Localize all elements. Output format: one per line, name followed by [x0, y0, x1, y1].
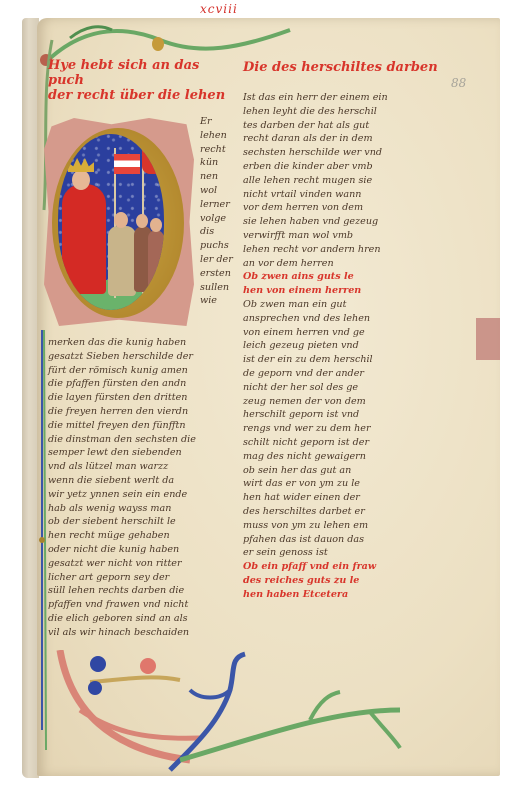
banner-flag-icon — [114, 154, 140, 174]
tab-marker — [476, 318, 500, 360]
bottom-acanthus-border-icon — [50, 650, 410, 775]
noble-figure — [148, 230, 164, 290]
initial-miniature — [58, 134, 164, 310]
closing-rubric-line-1: Ob ein pfaff vnd ein fraw — [243, 560, 455, 574]
illuminated-initial — [44, 118, 194, 326]
beside-initial-text: Er lehen recht kün nen wol lerner volge … — [200, 115, 246, 308]
left-heading: Hye hebt sich an das puch der recht über… — [48, 58, 238, 103]
right-column-text: Ist das ein herr der einem ein lehen ley… — [243, 91, 455, 601]
right-heading: Die des herschiltes darben — [243, 60, 453, 75]
closing-rubric-line-3: hen haben Etcetera — [243, 588, 455, 602]
kneeling-noble-figure — [108, 226, 136, 296]
king-figure — [62, 184, 106, 294]
subheading-line-2: hen von einem herren — [243, 284, 455, 298]
pencil-page-number: 88 — [451, 76, 466, 90]
left-column-text: merken das die kunig haben gesatzt Siebe… — [48, 336, 240, 640]
king-head — [72, 170, 90, 190]
closing-rubric-line-2: des reiches guts zu le — [243, 574, 455, 588]
red-banner-icon — [142, 148, 160, 174]
left-heading-line-1: Hye hebt sich an das puch — [48, 58, 238, 88]
folio-number-red: xcviii — [200, 2, 238, 16]
left-heading-line-2: der recht über die lehen — [48, 88, 238, 103]
subheading-line-1: Ob zwen ains guts le — [243, 270, 455, 284]
